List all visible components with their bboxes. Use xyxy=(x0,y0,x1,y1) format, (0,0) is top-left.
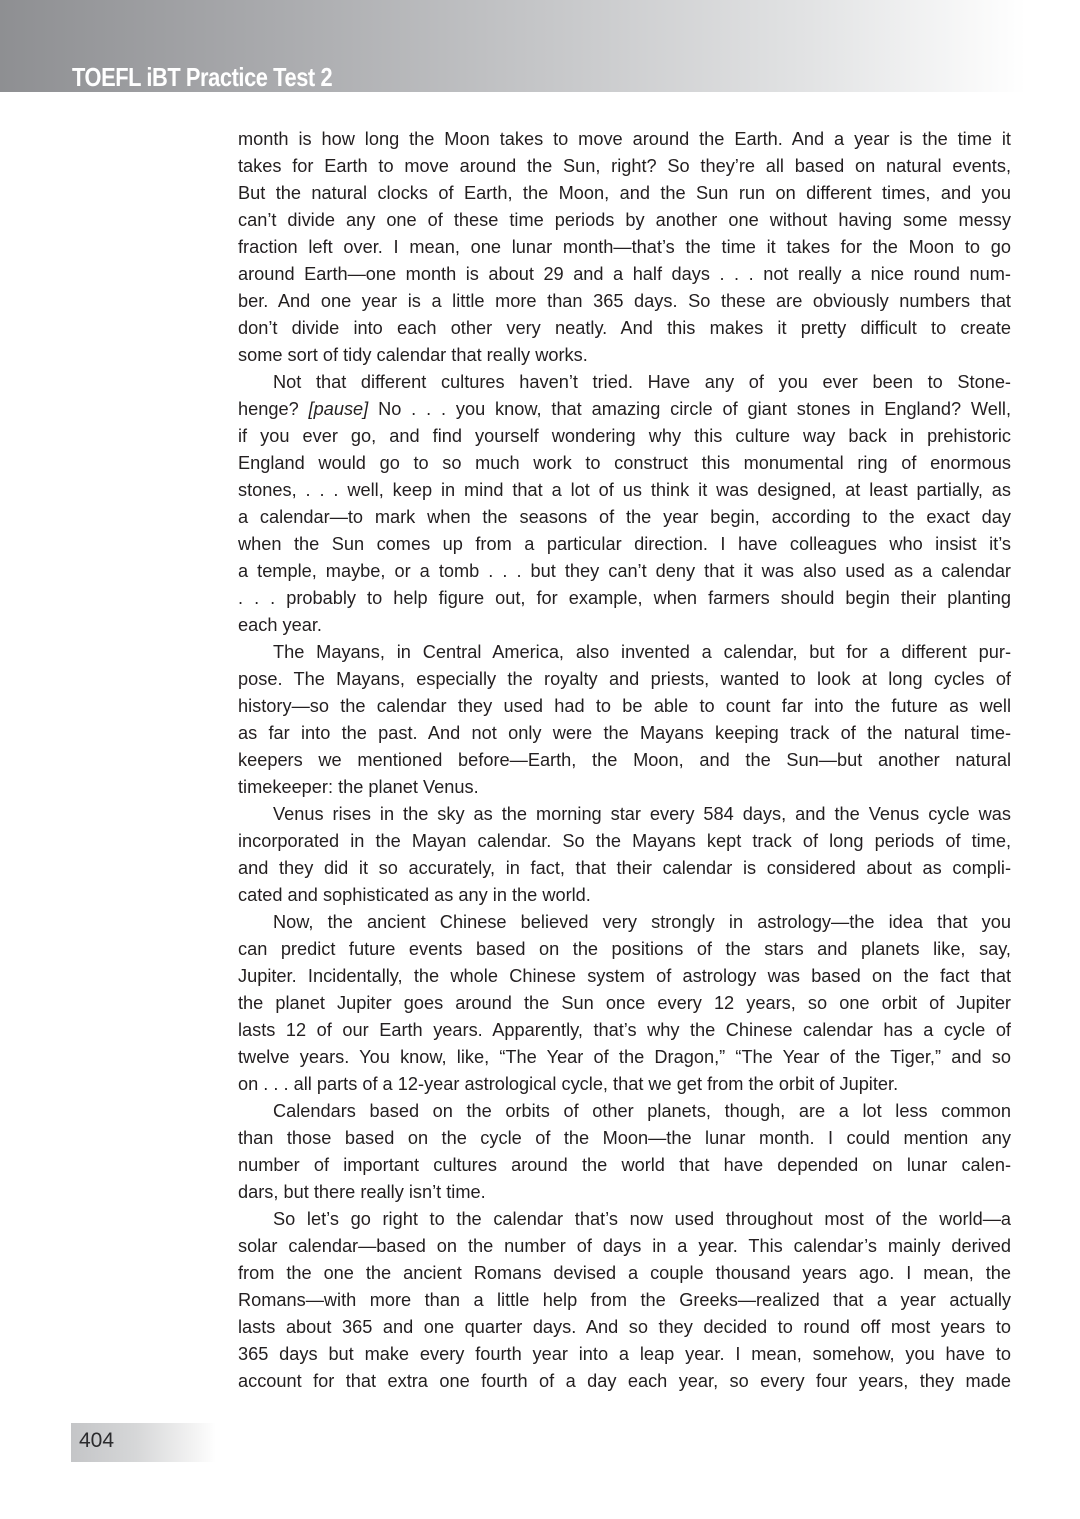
text-line: a calendar—to mark when the seasons of t… xyxy=(238,504,1011,531)
text-line: don’t divide into each other very neatly… xyxy=(238,315,1011,342)
text-line: Jupiter. Incidentally, the whole Chinese… xyxy=(238,963,1011,990)
text-line: dars, but there really isn’t time. xyxy=(238,1179,1011,1206)
text-line: solar calendar—based on the number of da… xyxy=(238,1233,1011,1260)
text-line: twelve years. You know, like, “The Year … xyxy=(238,1044,1011,1071)
text-segment: henge? xyxy=(238,399,309,419)
text-line: history—so the calendar they used had to… xyxy=(238,693,1011,720)
text-line: The Mayans, in Central America, also inv… xyxy=(238,639,1011,666)
text-line: Now, the ancient Chinese believed very s… xyxy=(238,909,1011,936)
text-line: as far into the past. And not only were … xyxy=(238,720,1011,747)
text-line: some sort of tidy calendar that really w… xyxy=(238,342,1011,369)
text-line: lasts 12 of our Earth years. Apparently,… xyxy=(238,1017,1011,1044)
text-line: on . . . all parts of a 12-year astrolog… xyxy=(238,1071,1011,1098)
text-line: timekeeper: the planet Venus. xyxy=(238,774,1011,801)
text-line: from the one the ancient Romans devised … xyxy=(238,1260,1011,1287)
text-line: takes for Earth to move around the Sun, … xyxy=(238,153,1011,180)
text-line: than those based on the cycle of the Moo… xyxy=(238,1125,1011,1152)
running-header-title: TOEFL iBT Practice Test 2 xyxy=(72,62,332,93)
text-line: account for that extra one fourth of a d… xyxy=(238,1368,1011,1395)
text-line: fraction left over. I mean, one lunar mo… xyxy=(238,234,1011,261)
transcript-body: month is how long the Moon takes to move… xyxy=(238,126,1011,1395)
text-line: . . . probably to help figure out, for e… xyxy=(238,585,1011,612)
text-line: lasts about 365 and one quarter days. An… xyxy=(238,1314,1011,1341)
text-line: Romans—with more than a little help from… xyxy=(238,1287,1011,1314)
running-header: TOEFL iBT Practice Test 2 xyxy=(0,0,1080,92)
text-line: and they did it so accurately, in fact, … xyxy=(238,855,1011,882)
text-line: pose. The Mayans, especially the royalty… xyxy=(238,666,1011,693)
text-line: Venus rises in the sky as the morning st… xyxy=(238,801,1011,828)
text-line: the planet Jupiter goes around the Sun o… xyxy=(238,990,1011,1017)
text-line: number of important cultures around the … xyxy=(238,1152,1011,1179)
page-number: 404 xyxy=(79,1429,114,1453)
text-line: cated and sophisticated as any in the wo… xyxy=(238,882,1011,909)
text-line: month is how long the Moon takes to move… xyxy=(238,126,1011,153)
text-line: 365 days but make every fourth year into… xyxy=(238,1341,1011,1368)
text-line: each year. xyxy=(238,612,1011,639)
text-line: So let’s go right to the calendar that’s… xyxy=(238,1206,1011,1233)
text-line: can predict future events based on the p… xyxy=(238,936,1011,963)
text-line: keepers we mentioned before—Earth, the M… xyxy=(238,747,1011,774)
text-line: ber. And one year is a little more than … xyxy=(238,288,1011,315)
text-line: Calendars based on the orbits of other p… xyxy=(238,1098,1011,1125)
text-line: stones, . . . well, keep in mind that a … xyxy=(238,477,1011,504)
text-line: a temple, maybe, or a tomb . . . but the… xyxy=(238,558,1011,585)
stage-direction: [pause] xyxy=(309,399,369,419)
text-line: Not that different cultures haven’t trie… xyxy=(238,369,1011,396)
text-line: can’t divide any one of these time perio… xyxy=(238,207,1011,234)
text-line: But the natural clocks of Earth, the Moo… xyxy=(238,180,1011,207)
text-segment: No . . . you know, that amazing circle o… xyxy=(368,399,1011,419)
page-number-box: 404 xyxy=(71,1423,216,1462)
text-line: around Earth—one month is about 29 and a… xyxy=(238,261,1011,288)
text-line: when the Sun comes up from a particular … xyxy=(238,531,1011,558)
text-line: England would go to so much work to cons… xyxy=(238,450,1011,477)
text-line: henge? [pause] No . . . you know, that a… xyxy=(238,396,1011,423)
text-line: if you ever go, and find yourself wonder… xyxy=(238,423,1011,450)
text-line: incorporated in the Mayan calendar. So t… xyxy=(238,828,1011,855)
